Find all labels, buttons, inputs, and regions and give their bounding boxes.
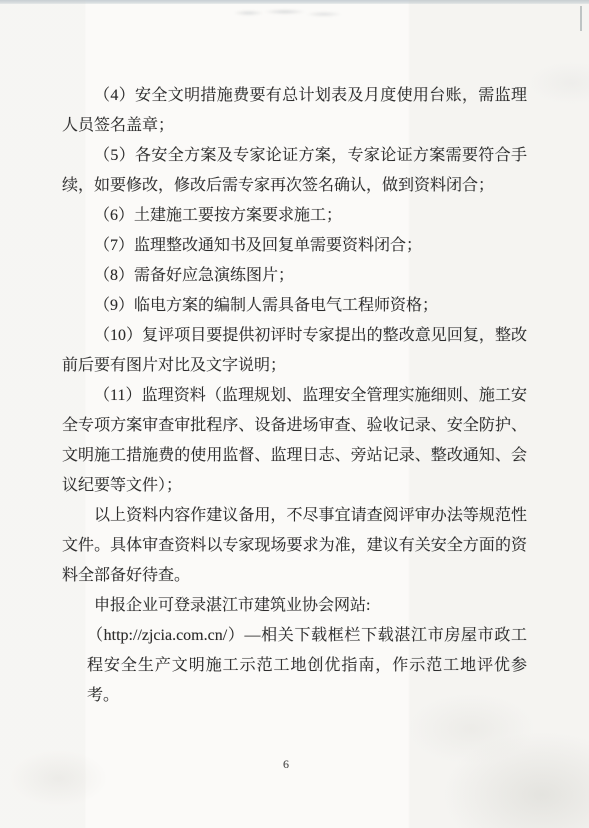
paragraph-website-intro: 申报企业可登录湛江市建筑业协会网站: [62, 591, 527, 621]
document-page: （4）安全文明措施费要有总计划表及月度使用台账，需监理人员签名盖章； （5）各安… [0, 0, 589, 828]
scan-smudge [205, 7, 350, 19]
paragraph-item-10: （10）复评项目要提供初评时专家提出的整改意见回复，整改前后要有图片对比及文字说… [62, 321, 527, 381]
paragraph-item-8: （8）需备好应急演练图片； [62, 261, 527, 291]
paragraph-website-url: （http://zjcia.com.cn/）—相关下载框栏下载湛江市房屋市政工程… [62, 621, 527, 711]
page-body-text: （4）安全文明措施费要有总计划表及月度使用台账，需监理人员签名盖章； （5）各安… [62, 81, 527, 711]
scanner-edge-strip [0, 0, 589, 4]
paragraph-item-7: （7）监理整改通知书及回复单需要资料闭合； [62, 231, 527, 261]
page-number: 6 [283, 757, 289, 772]
scan-artifact-line [580, 6, 582, 31]
paragraph-item-9: （9）临电方案的编制人需具备电气工程师资格； [62, 291, 527, 321]
paragraph-summary: 以上资料内容作建议备用，不尽事宜请查阅评审办法等规范性文件。具体审查资料以专家现… [62, 501, 527, 591]
paragraph-item-6: （6）土建施工要按方案要求施工； [62, 201, 527, 231]
paragraph-item-11: （11）监理资料（监理规划、监理安全管理实施细则、施工安全专项方案审查审批程序、… [62, 381, 527, 501]
paragraph-item-5: （5）各安全方案及专家论证方案，专家论证方案需要符合手续，如要修改，修改后需专家… [62, 141, 527, 201]
paragraph-item-4: （4）安全文明措施费要有总计划表及月度使用台账，需监理人员签名盖章； [62, 81, 527, 141]
